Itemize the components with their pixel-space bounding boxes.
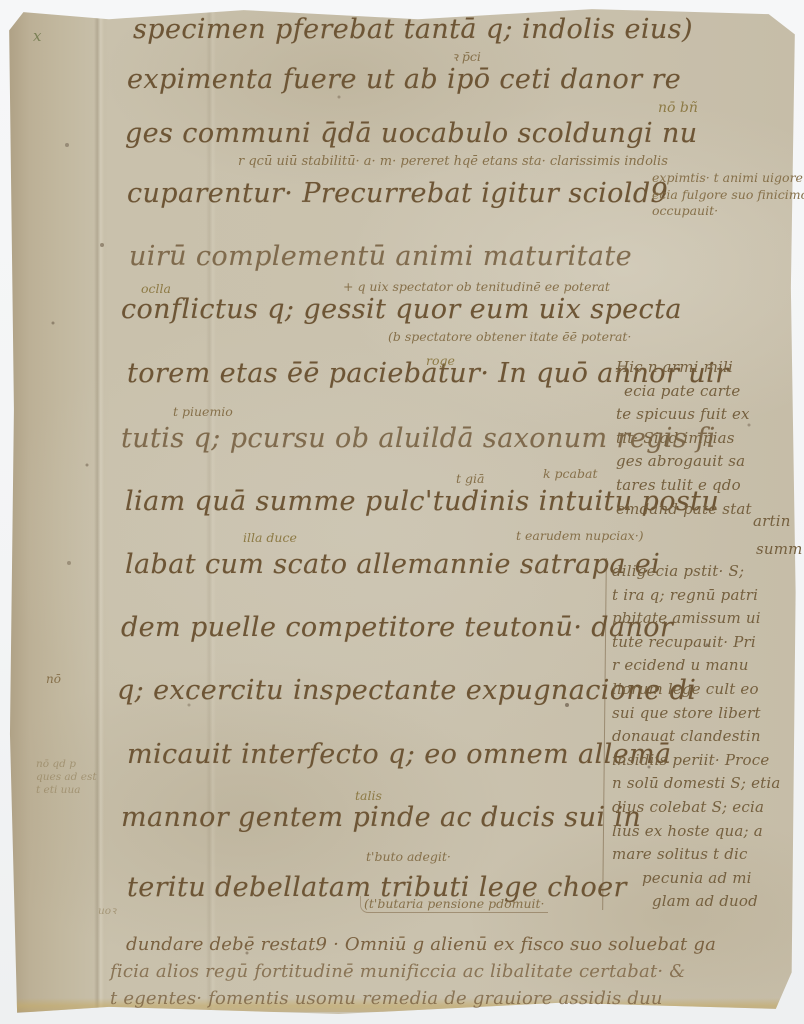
interlinear-gloss: talis bbox=[355, 788, 382, 803]
bottom-line: t egentes· fomentis usomu remedia de gra… bbox=[110, 988, 663, 1009]
corner-x-mark: x bbox=[33, 27, 41, 45]
manuscript-line: q; excercitu inspectante expugnacione di bbox=[117, 675, 696, 706]
bottom-line: ficia alios regū fortitudinē munificcia … bbox=[110, 961, 685, 982]
margin-line: glam ad duod bbox=[652, 890, 781, 914]
nota-mark-left: nō bbox=[46, 672, 61, 686]
manuscript-line: conflictus q; gessit quor eum uix specta bbox=[121, 294, 682, 325]
manuscript-line: specimen pferebat tantā q; indolis eius) bbox=[133, 14, 693, 45]
interlinear-gloss: oclla bbox=[141, 281, 171, 296]
margin-line: sui que store libert bbox=[612, 702, 781, 726]
margin-line: donauat clandestin bbox=[612, 725, 781, 749]
margin-line: insidiis periit· Proce bbox=[612, 749, 781, 773]
margin-line: liorum lege cult eo bbox=[612, 678, 781, 702]
gloss-line: expimtis· t animi uigore· bbox=[652, 170, 804, 187]
manuscript-line: labat cum scato allemannie satrapa ei bbox=[125, 549, 660, 580]
interlinear-gloss: illa duce bbox=[243, 530, 297, 545]
margin-line: n solū domesti S; etia bbox=[612, 772, 781, 796]
margin-line: ecia pate carte bbox=[624, 380, 752, 404]
left-edge-fragment: uoꝛ bbox=[98, 905, 116, 918]
interlinear-gloss: t earudem nupciax·) bbox=[516, 528, 644, 543]
margin-edge-fragment: summ bbox=[756, 538, 803, 562]
margin-line: t ira q; regnū patri bbox=[612, 584, 781, 608]
faint-note-line: nō qd p bbox=[36, 758, 116, 771]
manuscript-line: mannor gentem pinde ac ducis sui in bbox=[121, 802, 641, 833]
faint-note-line: ques ad est bbox=[36, 771, 116, 784]
margin-line: te spicuus fuit ex bbox=[616, 403, 752, 427]
spine-crease bbox=[94, 4, 104, 1018]
faint-note-line: t eti uua bbox=[36, 784, 116, 797]
interlinear-gloss: t'buto adegit· bbox=[366, 849, 451, 864]
manuscript-line: dem puelle competitore teutonū· danor bbox=[121, 612, 673, 643]
right-margin-note-upper: Hic n armi mili ecia pate carte te spicu… bbox=[616, 356, 752, 521]
manuscript-line: ges communi q̄dā uocabulo scoldungi nu bbox=[125, 118, 698, 149]
margin-line: tares tulit e qdo bbox=[616, 474, 752, 498]
margin-line: pecunia ad mi bbox=[642, 867, 781, 891]
left-margin-faint-note: nō qd p ques ad est t eti uua bbox=[36, 758, 116, 797]
margin-line: diligecia pstit· S; bbox=[612, 560, 781, 584]
manuscript-line: cuparentur· Precurrebat igitur sciold9 bbox=[127, 178, 668, 209]
margin-line: tit· Siqd impias bbox=[616, 427, 752, 451]
margin-line: Hic n armi mili bbox=[616, 356, 752, 380]
margin-line: lius ex hoste qua; a bbox=[612, 820, 781, 844]
interlinear-gloss: (b spectatore obtener itate ēē poterat· bbox=[388, 329, 631, 344]
manuscript-line: micauit interfecto q; eo omnem allemā bbox=[127, 739, 672, 770]
nota-bene-mark: nō bñ bbox=[658, 100, 698, 116]
margin-line: emdand pate stat bbox=[616, 498, 752, 522]
ink-specks bbox=[6, 4, 8, 6]
bottom-line: dundare debē restat9 · Omniū g alienū ex… bbox=[126, 934, 716, 955]
gloss-line: ecia fulgore suo finicimos bbox=[652, 187, 804, 204]
gloss-line: occupauit· bbox=[652, 203, 804, 220]
interlinear-gloss: (t'butaria pensione pdomuit· bbox=[360, 896, 548, 913]
interlinear-gloss: t piuemio bbox=[173, 404, 233, 419]
margin-line: ges abrogauit sa bbox=[616, 450, 752, 474]
interlinear-gloss: roge bbox=[426, 353, 455, 368]
margin-line: dius colebat S; ecia bbox=[612, 796, 781, 820]
interlinear-gloss: + q uix spectator ob tenitudinē ee poter… bbox=[343, 279, 610, 294]
right-margin-note-lower: diligecia pstit· S; t ira q; regnū patri… bbox=[612, 560, 781, 914]
margin-line: r ecidend u manu bbox=[612, 654, 781, 678]
interlinear-gloss: t giā bbox=[456, 471, 484, 486]
interlinear-gloss: k pcabat bbox=[543, 466, 597, 481]
interlinear-gloss: ꝛ p̄ci bbox=[452, 48, 481, 65]
manuscript-line: uirū complementū animi maturitate bbox=[129, 241, 632, 272]
interlinear-gloss: r qcū uiū stabilitū· a· m· pereret hqē e… bbox=[238, 154, 668, 169]
margin-line: pbitate amissum ui bbox=[612, 607, 781, 631]
manuscript-photo: { "page": { "description": "Medieval par… bbox=[0, 0, 804, 1024]
manuscript-line: expimenta fuere ut ab ipō ceti danor re bbox=[127, 64, 681, 95]
margin-edge-fragment: artin bbox=[753, 510, 791, 534]
margin-line: tute recupauit· Pri bbox=[612, 631, 781, 655]
marginal-gloss-block: expimtis· t animi uigore· ecia fulgore s… bbox=[652, 170, 804, 220]
margin-line: mare solitus t dic bbox=[612, 843, 781, 867]
